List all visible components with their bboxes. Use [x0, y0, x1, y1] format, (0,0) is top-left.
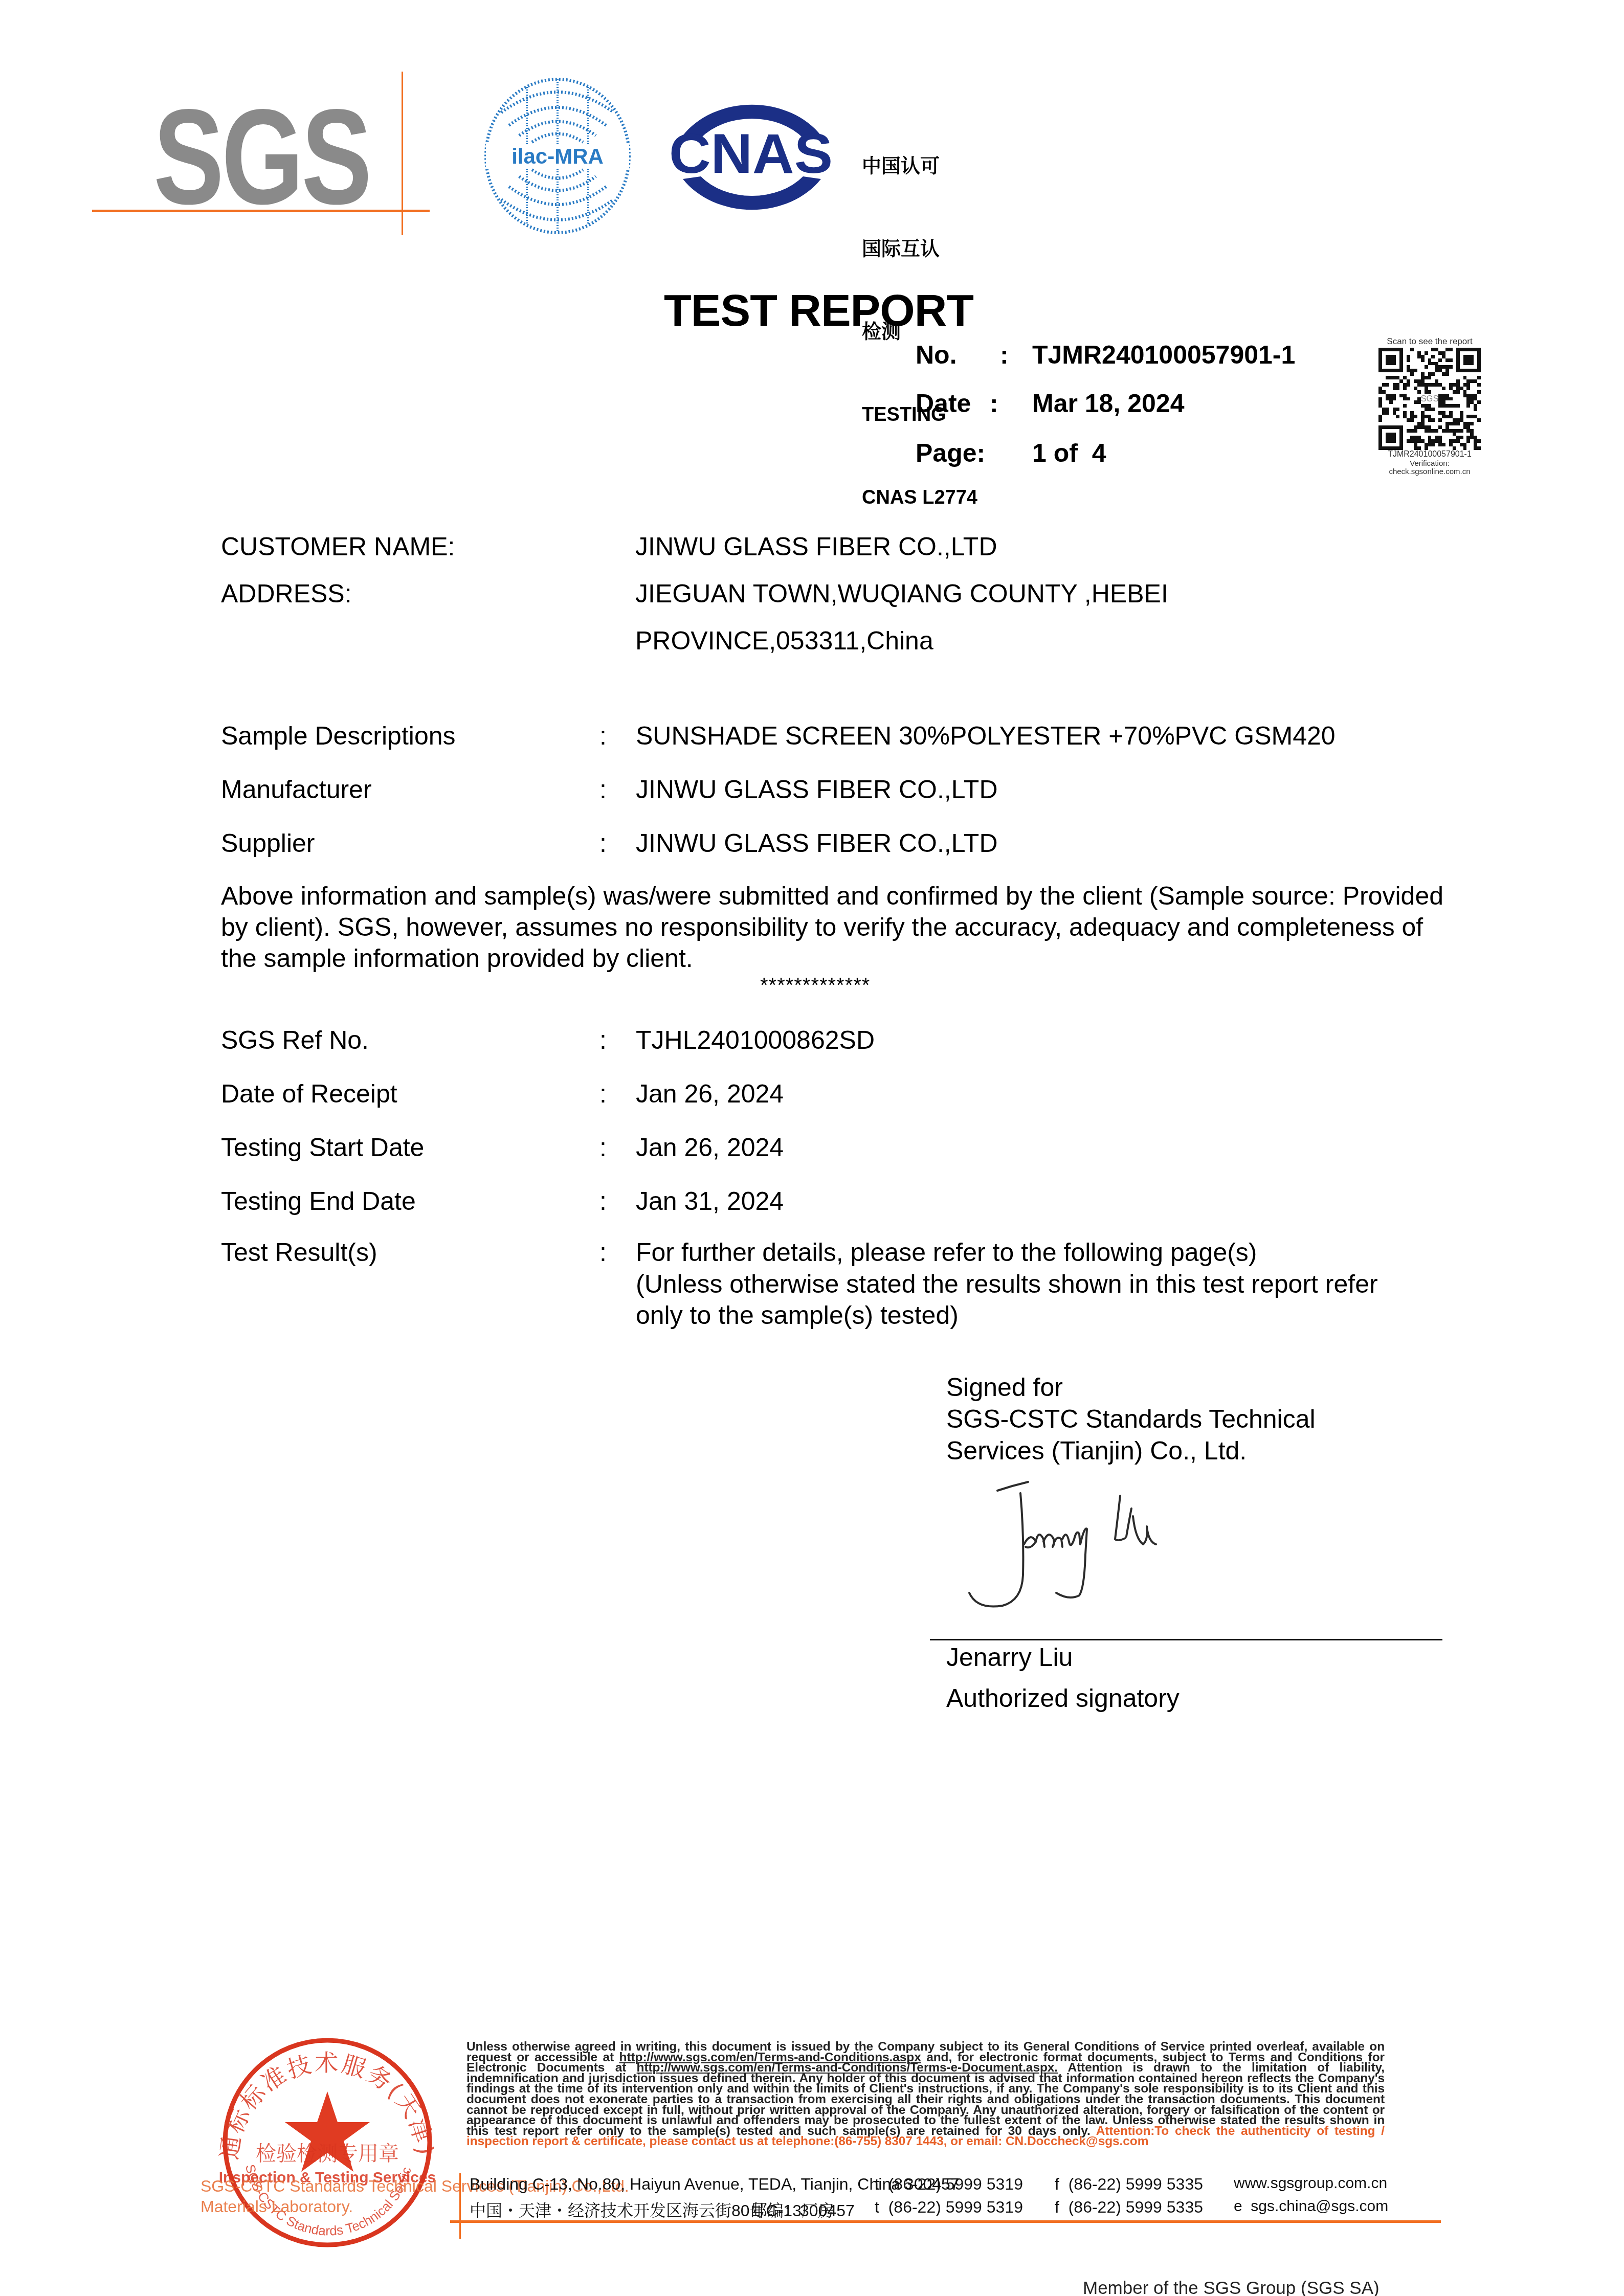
receipt-date-label: Date of Receipt: [221, 1079, 397, 1109]
qr-verification-site: check.sgsonline.com.cn: [1376, 467, 1483, 476]
testing-end-label: Testing End Date: [221, 1186, 416, 1216]
sample-description: SUNSHADE SCREEN 30%POLYESTER +70%PVC GSM…: [636, 721, 1336, 751]
postcode-chinese: 邮编：300457: [751, 2198, 855, 2221]
report-date: Mar 18, 2024: [1032, 389, 1184, 418]
address-line-1: JIEGUAN TOWN,WUQIANG COUNTY ,HEBEI: [635, 579, 1168, 609]
field-colon: :: [599, 828, 607, 858]
customer-name-label: CUSTOMER NAME:: [221, 532, 455, 561]
testing-end-date: Jan 31, 2024: [636, 1186, 784, 1216]
svg-text:检验检测专用章: 检验检测专用章: [256, 2142, 399, 2166]
supplier-label: Supplier: [221, 828, 315, 858]
sample-statement: Above information and sample(s) was/were…: [221, 881, 1459, 974]
report-number: TJMR240100057901-1: [1032, 340, 1295, 370]
report-title: TEST REPORT: [664, 284, 973, 336]
customer-name: JINWU GLASS FIBER CO.,LTD: [635, 532, 997, 561]
legal-disclaimer: Unless otherwise agreed in writing, this…: [466, 2042, 1385, 2147]
fax: f (86-22) 5999 5335: [1055, 2175, 1203, 2194]
sample-description-label: Sample Descriptions: [221, 721, 456, 751]
receipt-date: Jan 26, 2024: [636, 1079, 784, 1109]
svg-text:ilac-MRA: ilac-MRA: [511, 144, 604, 168]
footer-orange-vertical-line: [459, 2173, 461, 2239]
footer-orange-line: [450, 2220, 1441, 2223]
test-results-label: Test Result(s): [221, 1237, 377, 1267]
qr-caption: Scan to see the report: [1376, 336, 1483, 347]
ilac-mra-logo-icon: ilac-MRA: [481, 77, 634, 235]
sgs-group-membership: Member of the SGS Group (SGS SA): [1083, 2278, 1380, 2296]
telephone: t (86-22) 5999 5319: [875, 2175, 1023, 2194]
qr-report-number: TJMR240100057901-1: [1376, 450, 1483, 459]
field-colon: :: [599, 721, 607, 751]
cnas-logo-icon: CNAS: [660, 87, 841, 228]
signed-for-text: Signed for SGS-CSTC Standards Technical …: [946, 1371, 1316, 1467]
test-results-note: (Unless otherwise stated the results sho…: [636, 1269, 1378, 1331]
signature-line: [930, 1639, 1442, 1640]
address-line-2: PROVINCE,053311,China: [635, 626, 933, 656]
field-colon: :: [599, 1237, 607, 1267]
handwritten-signature-icon: [967, 1478, 1222, 1616]
address-label: ADDRESS:: [221, 579, 352, 609]
verification-qr-block[interactable]: Scan to see the report SGS TJMR240100057…: [1376, 336, 1483, 477]
report-date-colon: :: [990, 389, 998, 418]
website-link[interactable]: www.sgsgroup.com.cn: [1234, 2175, 1387, 2192]
field-colon: :: [599, 1025, 607, 1055]
page-label: Page:: [916, 438, 985, 468]
fax-cn: f (86-22) 5999 5335: [1055, 2198, 1203, 2217]
separator-stars: *************: [760, 974, 870, 997]
page-number: 1 of 4: [1032, 438, 1106, 468]
report-number-label: No.: [916, 340, 957, 370]
svg-text:SGS: SGS: [1421, 394, 1439, 403]
field-colon: :: [599, 1079, 607, 1109]
logo-orange-underline: [92, 210, 430, 212]
company-seal-stamp-icon: 通标标准技术服务(天津)有限公司 检验检测专用章 Inspection & Te…: [202, 2033, 448, 2263]
manufacturer: JINWU GLASS FIBER CO.,LTD: [636, 775, 998, 804]
email-link[interactable]: e sgs.china@sgs.com: [1234, 2198, 1388, 2215]
report-date-label: Date: [916, 389, 971, 418]
telephone-cn: t (86-22) 5999 5319: [875, 2198, 1023, 2217]
manufacturer-label: Manufacturer: [221, 775, 372, 804]
sgs-ref-label: SGS Ref No.: [221, 1025, 369, 1055]
field-colon: :: [599, 1133, 607, 1162]
field-colon: :: [599, 1186, 607, 1216]
supplier: JINWU GLASS FIBER CO.,LTD: [636, 828, 998, 858]
report-number-colon: :: [1000, 340, 1009, 370]
signer-name: Jenarry Liu: [946, 1642, 1073, 1672]
qr-verification-label: Verification:: [1376, 459, 1483, 468]
svg-text:CNAS: CNAS: [669, 122, 833, 185]
field-colon: :: [599, 775, 607, 804]
testing-start-date: Jan 26, 2024: [636, 1133, 784, 1162]
signer-role: Authorized signatory: [946, 1683, 1180, 1713]
testing-start-label: Testing Start Date: [221, 1133, 424, 1162]
test-results: For further details, please refer to the…: [636, 1237, 1257, 1267]
accreditation-logos: ilac-MRA CNAS 中国认可 国际互认 检测 TESTING CNAS …: [481, 77, 992, 235]
sgs-ref-number: TJHL2401000862SD: [636, 1025, 875, 1055]
sgs-logo: SGS: [153, 89, 369, 225]
qr-code-icon[interactable]: SGS: [1378, 348, 1481, 450]
logo-orange-vertical-line: [402, 72, 403, 235]
